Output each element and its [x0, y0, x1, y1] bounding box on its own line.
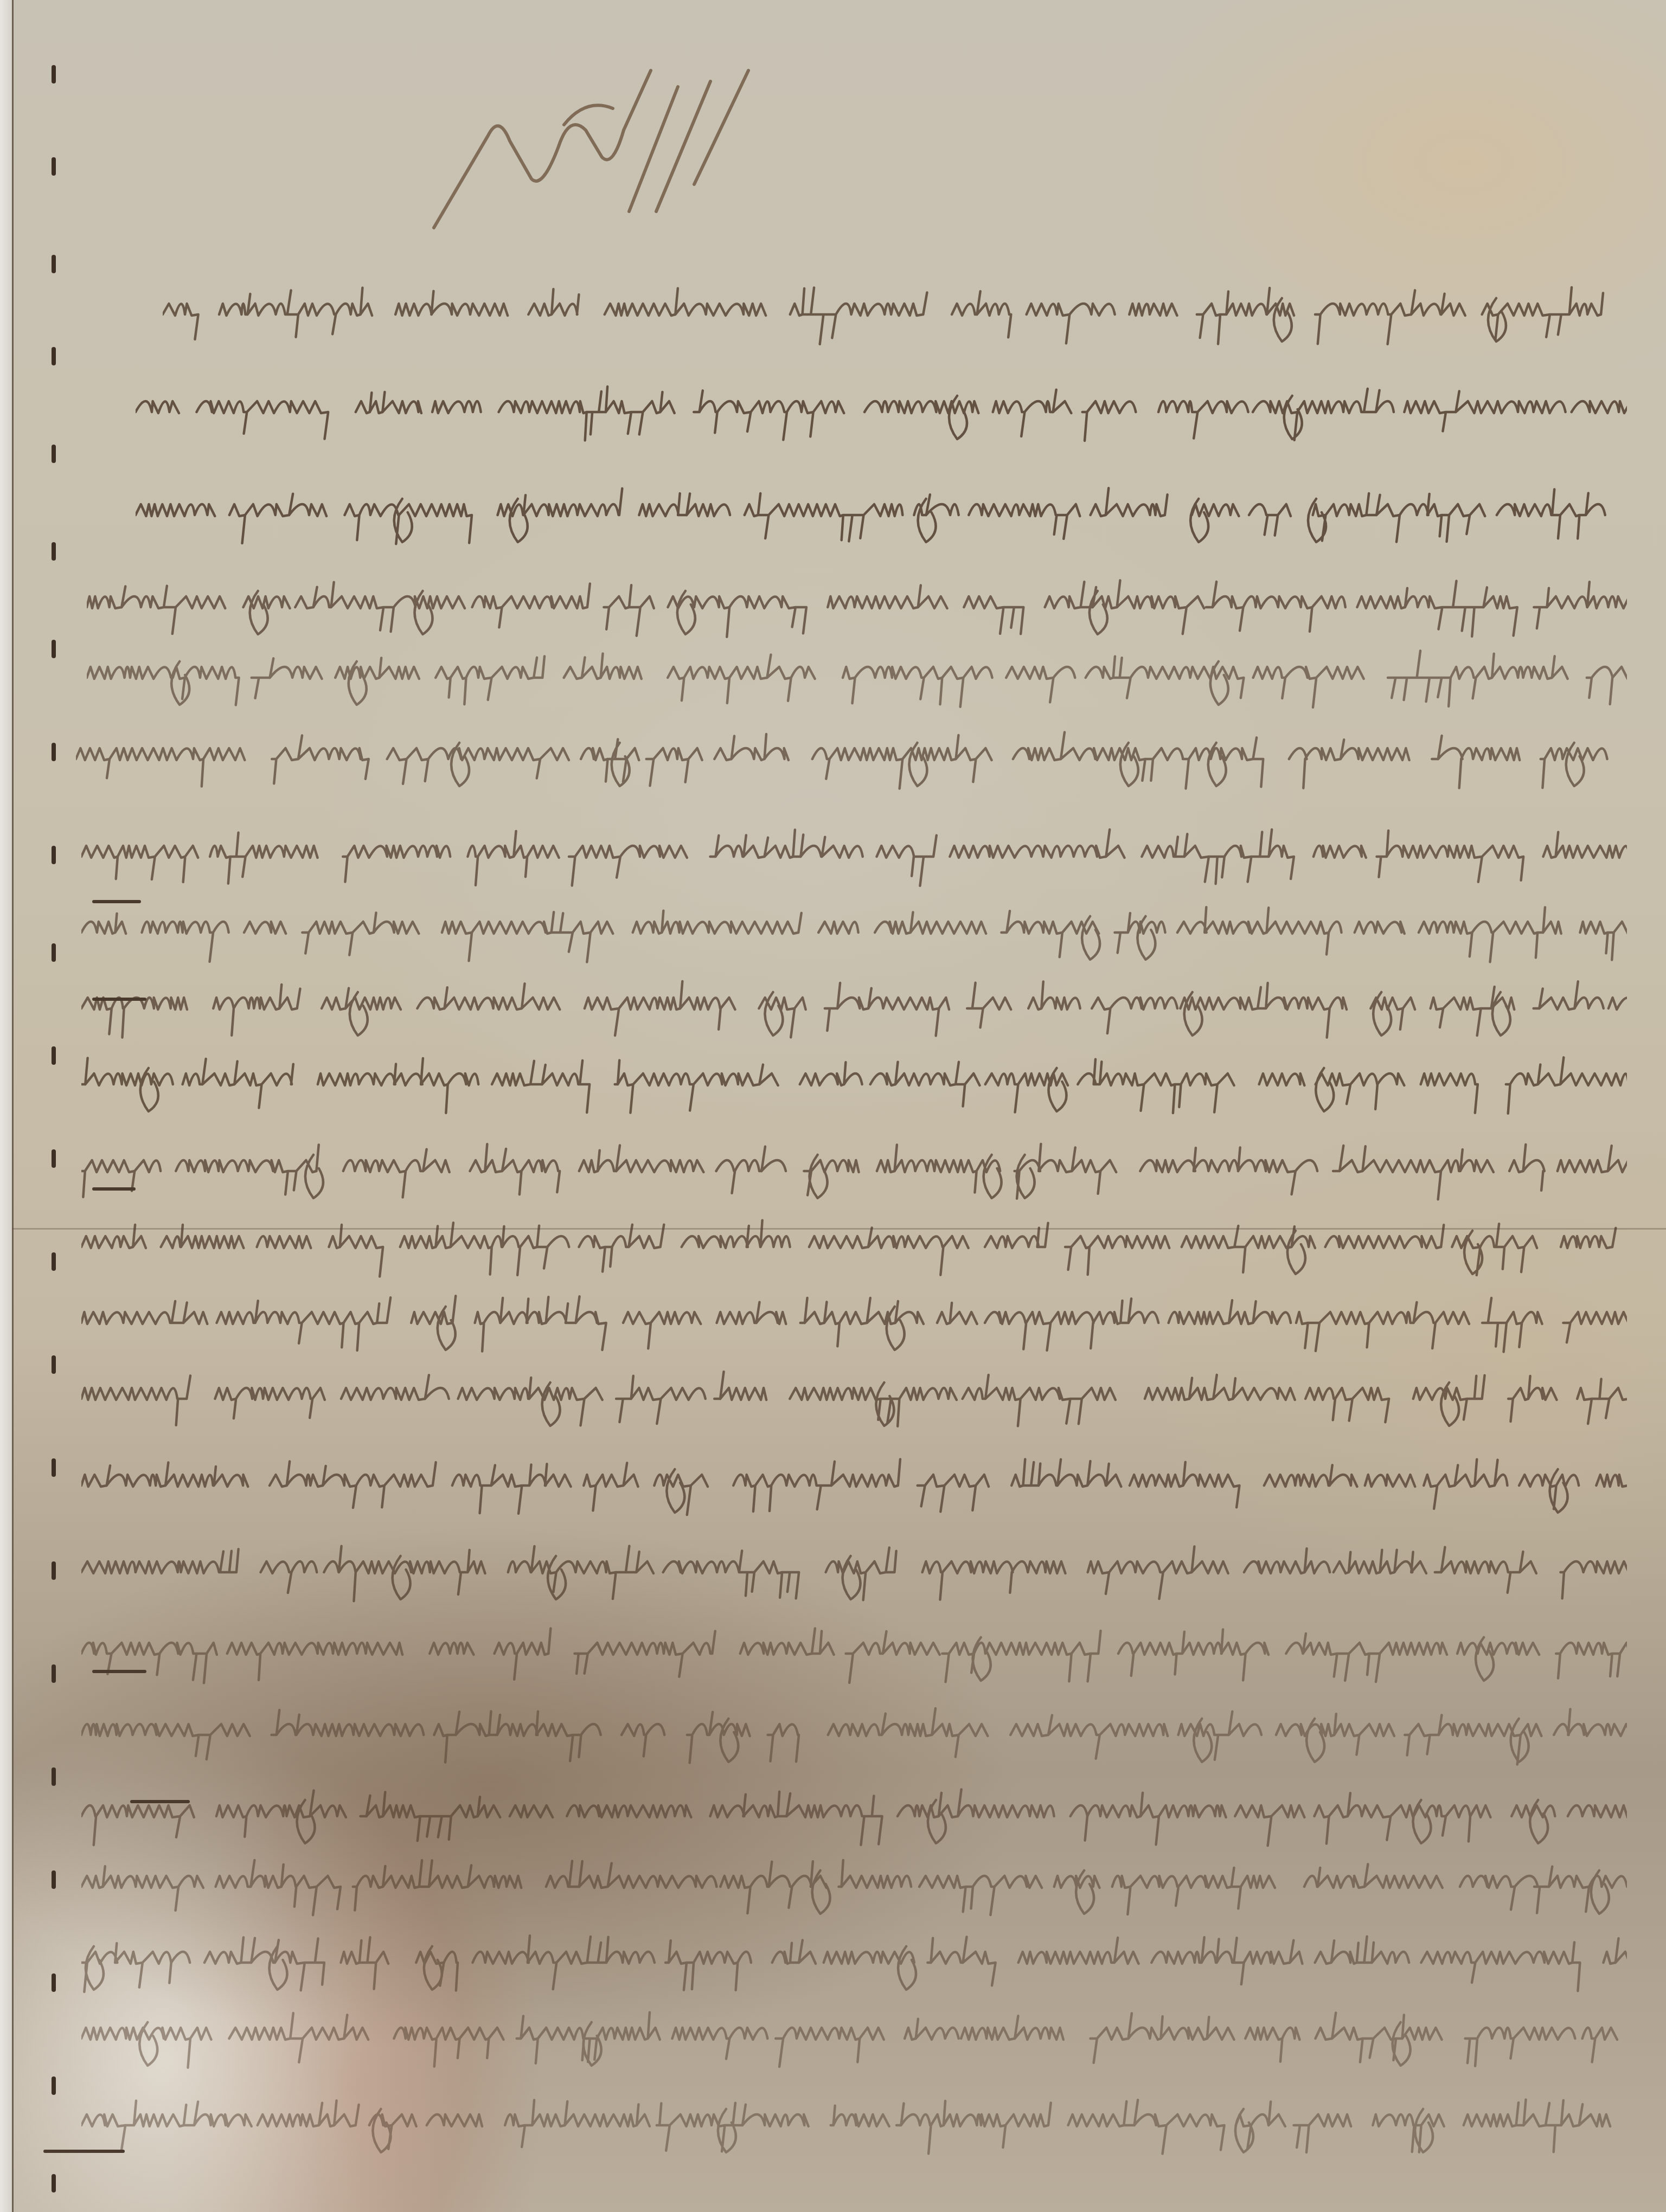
margin-tick: [52, 743, 56, 761]
manuscript-line: [81, 1453, 1627, 1518]
margin-tick: [52, 255, 56, 273]
manuscript-line: [81, 1702, 1627, 1767]
margin-tick: [52, 445, 56, 463]
manuscript-line: [81, 1366, 1627, 1431]
margin-tick: [52, 65, 56, 83]
manuscript-line: [81, 824, 1627, 889]
manuscript-line: [81, 1621, 1627, 1686]
manuscript-line: [81, 1052, 1627, 1117]
manuscript-line: [87, 575, 1627, 640]
manuscript-line: [136, 380, 1627, 445]
margin-tick: [52, 943, 56, 962]
signature-upside-down: [423, 49, 770, 244]
margin-tick: [52, 1046, 56, 1065]
manuscript-line: [81, 1214, 1627, 1279]
margin-tick: [52, 1870, 56, 1889]
manuscript-line: [81, 1854, 1627, 1919]
manuscript-line: [81, 976, 1627, 1041]
margin-tick: [52, 347, 56, 365]
line-filler-dash: [92, 1670, 146, 1673]
margin-tick: [52, 1252, 56, 1271]
manuscript-line: [87, 645, 1627, 710]
margin-tick: [52, 1355, 56, 1374]
manuscript-line: [136, 483, 1627, 548]
manuscript-line: [81, 1139, 1627, 1204]
line-filler-dash: [92, 998, 146, 1001]
margin-tick: [52, 1561, 56, 1580]
margin-tick: [52, 542, 56, 561]
manuscript-line: [76, 726, 1627, 792]
margin-tick: [52, 157, 56, 176]
manuscript-line: [81, 2093, 1627, 2158]
margin-tick: [52, 1149, 56, 1168]
manuscript-line: [81, 1784, 1627, 1849]
margin-tick: [52, 2076, 56, 2095]
margin-tick: [52, 640, 56, 658]
page-edge: [0, 0, 14, 2212]
manuscript-line: [163, 282, 1616, 347]
manuscript-line: [81, 2006, 1627, 2071]
margin-tick: [52, 1767, 56, 1786]
manuscript-line: [81, 900, 1627, 965]
manuscript-line: [81, 1930, 1627, 1995]
margin-tick: [52, 1973, 56, 1992]
manuscript-line: [81, 1540, 1627, 1605]
margin-tick: [52, 1664, 56, 1683]
line-filler-dash: [130, 1800, 190, 1803]
margin-tick: [52, 2174, 56, 2192]
margin-tick: [52, 846, 56, 864]
margin-tick: [52, 1458, 56, 1477]
line-filler-dash: [92, 1187, 136, 1191]
line-filler-dash: [43, 2150, 125, 2153]
manuscript-line: [81, 1290, 1627, 1355]
line-filler-dash: [92, 900, 141, 903]
